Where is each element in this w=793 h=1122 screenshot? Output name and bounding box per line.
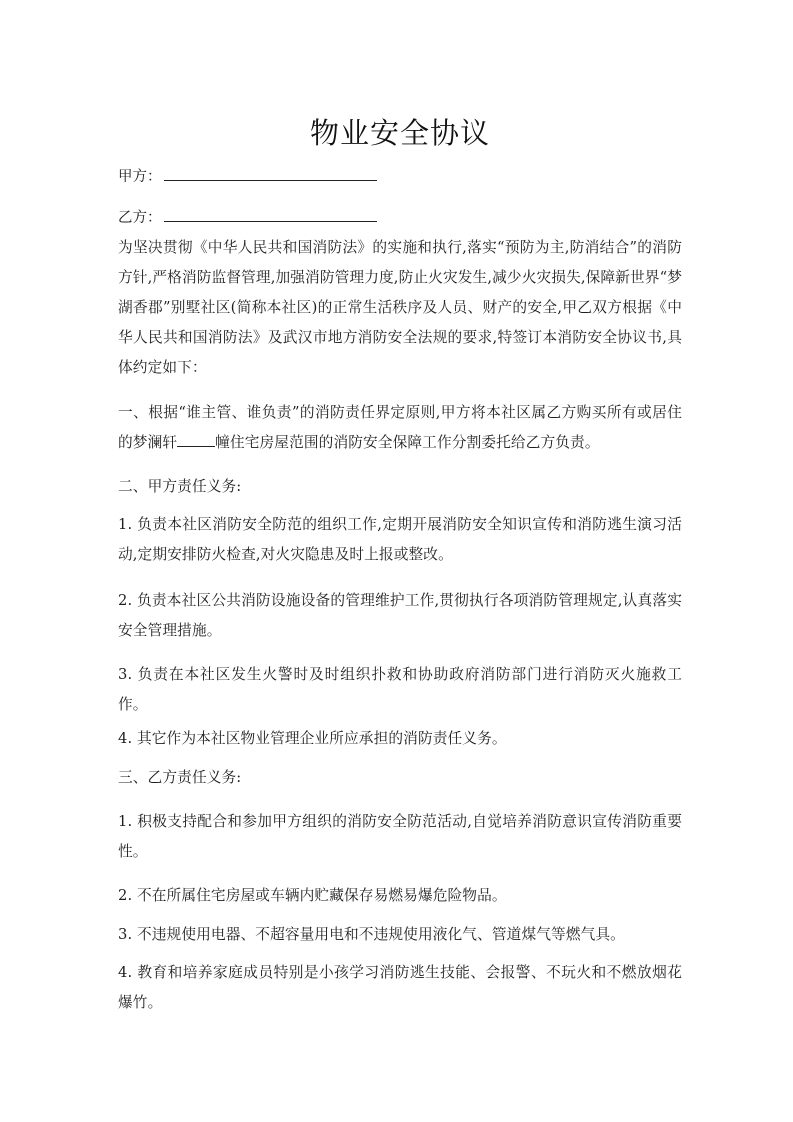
preamble-paragraph: 为坚决贯彻《中华人民共和国消防法》的实施和执行,落实“预防为主,防消结合”的消防… [118, 233, 682, 383]
party-a-label: 甲方： [118, 169, 162, 185]
section-1-text-after: 幢住宅房屋范围的消防安全保障工作分割委托给乙方负责。 [215, 434, 599, 451]
document-title: 物业安全协议 [118, 111, 682, 155]
section-3-item-3: 3. 不违规使用电器、不超容量用电和不违规使用液化气、管道煤气等燃气具。 [118, 920, 682, 950]
section-2-item-1: 1. 负责本社区消防安全防范的组织工作,定期开展消防安全知识宣传和消防逃生演习活… [118, 510, 682, 570]
section-2-item-3: 3. 负责在本社区发生火警时及时组织扑救和协助政府消防部门进行消防灭火施救工作。 [118, 660, 682, 720]
party-b-label: 乙方： [118, 210, 162, 226]
section-2-item-4: 4. 其它作为本社区物业管理企业所应承担的消防责任义务。 [118, 724, 682, 754]
section-2-item-2: 2. 负责本社区公共消防设施设备的管理维护工作,贯彻执行各项消防管理规定,认真落… [118, 586, 682, 646]
party-b-line: 乙方： [118, 207, 377, 228]
party-a-line: 甲方： [118, 166, 377, 187]
section-3-item-4: 4. 教育和培养家庭成员特别是小孩学习消防逃生技能、会报警、不玩火和不燃放烟花爆… [118, 958, 682, 1018]
section-1-paragraph: 一、根据“谁主管、谁负责”的消防责任界定原则,甲方将本社区属乙方购买所有或居住的… [118, 398, 682, 458]
section-2-heading: 二、甲方责任义务: [118, 472, 682, 502]
party-b-blank-field[interactable] [164, 207, 377, 222]
section-3-heading: 三、乙方责任义务: [118, 763, 682, 793]
building-number-blank-field[interactable] [177, 433, 215, 447]
party-a-blank-field[interactable] [164, 166, 377, 181]
section-3-item-1: 1. 积极支持配合和参加甲方组织的消防安全防范活动,自觉培养消防意识宣传消防重要… [118, 807, 682, 867]
section-3-item-2: 2. 不在所属住宅房屋或车辆内贮藏保存易燃易爆危险物品。 [118, 881, 682, 911]
